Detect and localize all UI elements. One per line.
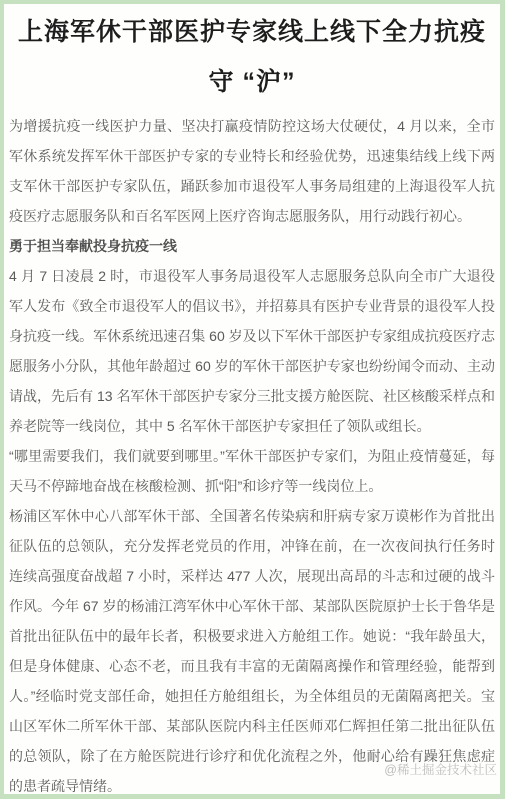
article-paragraph: 为增援抗疫一线医护力量、坚决打赢疫情防控这场大仗硬仗，4 月以来，全市军休系统发… (9, 111, 495, 231)
article-paragraph: 杨浦区军休中心八部军休干部、全国著名传染病和肝病专家万谟彬作为首批出征队伍的总领… (9, 501, 495, 794)
section-heading: 勇于担当奉献投身抗疫一线 (9, 231, 495, 261)
page-title-line-1: 上海军休干部医护专家线上线下全力抗疫 (4, 7, 500, 57)
article-page: 上海军休干部医护专家线上线下全力抗疫 守 “沪” 为增援抗疫一线医护力量、坚决打… (0, 0, 505, 799)
article-body: 为增援抗疫一线医护力量、坚决打赢疫情防控这场大仗硬仗，4 月以来，全市军休系统发… (4, 107, 500, 794)
page-title-line-2: 守 “沪” (4, 57, 500, 107)
article-content-area: 上海军休干部医护专家线上线下全力抗疫 守 “沪” 为增援抗疫一线医护力量、坚决打… (4, 4, 500, 794)
watermark-juejin: @稀土掘金技术社区 (384, 762, 497, 778)
article-paragraph: “哪里需要我们，我们就要到哪里。”军休干部医护专家们，为阻止疫情蔓延，每天马不停… (9, 441, 495, 501)
page-title: 上海军休干部医护专家线上线下全力抗疫 守 “沪” (4, 4, 500, 107)
article-paragraph: 4 月 7 日凌晨 2 时，市退役军人事务局退役军人志愿服务总队向全市广大退役军… (9, 261, 495, 441)
